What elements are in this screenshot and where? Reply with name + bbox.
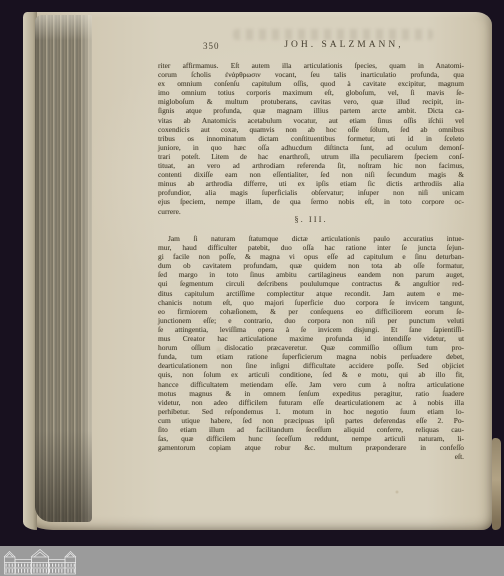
text-line: hancce difficultatem metiendam eſſe. Jam… [158,380,464,389]
text-line: dearticulationem non ſine inſigni diffic… [158,361,464,370]
show-through-smudge [233,29,433,40]
text-line: contenti dixiſſe eam non eſſentialiter, … [158,170,464,179]
text-line: juniore, in quo hæc oſſa adhucdum diſtin… [158,143,464,152]
book-scan: 350 JOH. SALZMANN, riter affirmamus. Eſt… [0,0,504,576]
text-line: riter affirmamus. Eſt autem illa articul… [158,61,464,70]
text-line: ſed margo in toto ſinus ambitu cartilagi… [158,270,464,279]
text-line: ſe attingentia, leviſſima opera à ſe inv… [158,325,464,334]
text-line: tribus os innominatum dictam conſtituent… [158,134,464,143]
text-line: gi facile non poſſe, & magna vi opus eſſ… [158,252,464,261]
text-line: coxendicis aut coxæ, quamvis non ab hoc … [158,125,464,134]
fore-edge-pages [35,15,92,522]
text-line: motus magnus & in omnem ſenſum expeditus… [158,389,464,398]
text-line: gamentorum copiam atque robur &c. multum… [158,443,464,452]
text-line: cum utique habere, ſed non præcipuas ipſ… [158,416,464,425]
paragraph-section-3: Jam ſi naturam ſtatumque dictæ articulat… [158,234,464,461]
text-line: ſas, quæ difficilem hunc ſeceſſum reddun… [158,434,464,443]
text-line: chanicis notum eſt, quo majori ſuperfici… [158,298,464,307]
text-line: perhibetur. Sed reſpondemus 1. motum in … [158,407,464,416]
text-line: horum oſſium dislocatio præcaveretur. Qu… [158,343,464,352]
text-line: junctionem eſſe; e contrario, duo corpor… [158,316,464,325]
library-building-logo-icon [3,548,77,575]
text-line: minus ab arthrodia differre, uti ex ipſi… [158,179,464,188]
text-line: imo omnium totius corporis maximum eſt, … [158,88,464,97]
watermark-strip [0,546,504,576]
text-line: migloboſum & multum protuberans, cavitas… [158,97,464,106]
text-line: Jam ſi naturam ſtatumque dictæ articulat… [158,234,464,243]
text-line: qui ſegmentum circuli deſcribens poululu… [158,279,464,288]
text-line: vitas ab Anatomicis acetabulum vocatur, … [158,116,464,125]
text-line: profundior, alia magis ſuperficialis obſ… [158,188,464,197]
text-line: ſignis atque profunda, quæ magnam illius… [158,106,464,115]
text-line: ex omnium conſenſu capitulum oſſis, quod… [158,79,464,88]
running-title: JOH. SALZMANN, [158,40,464,50]
text-line: funda, tum etiam ratione ſuperficierum m… [158,352,464,361]
text-line: ejus ſpeciem, nempe illam, de qua ſermo … [158,197,464,206]
text-line: eo firmiorem cohæſionem, & per conſequen… [158,307,464,316]
text-line: trari poteſt. Litem de hac enarthroſi, u… [158,152,464,161]
book-page: 350 JOH. SALZMANN, riter affirmamus. Eſt… [23,12,492,530]
text-line: dum ob cavitatem profundam, quæ quidem n… [158,261,464,270]
text-line: eſt. [158,452,464,461]
text-line: corum ſcholis ἐνάρθρωσιν vocant, ſeu tal… [158,70,464,79]
text-line: tituat, an vero ad arthrodiam referenda … [158,161,464,170]
text-line: ditus capitulum arctiſſime complectitur … [158,289,464,298]
text-line: mus Creator hac articulatione maxime pro… [158,334,464,343]
text-line: quis, non ſolum ex articuli conditione, … [158,370,464,379]
text-line: ſito etiam illum ad facilitandum ſeceſſu… [158,425,464,434]
section-heading: §. III. [158,214,464,224]
text-line: videtur, non adeo difficilem futuram eſſ… [158,398,464,407]
paragraph-continuation: riter affirmamus. Eſt autem illa articul… [158,61,464,216]
binding-edge [492,438,501,530]
text-line: mur, haud difficulter patebit, duo oſſa … [158,243,464,252]
